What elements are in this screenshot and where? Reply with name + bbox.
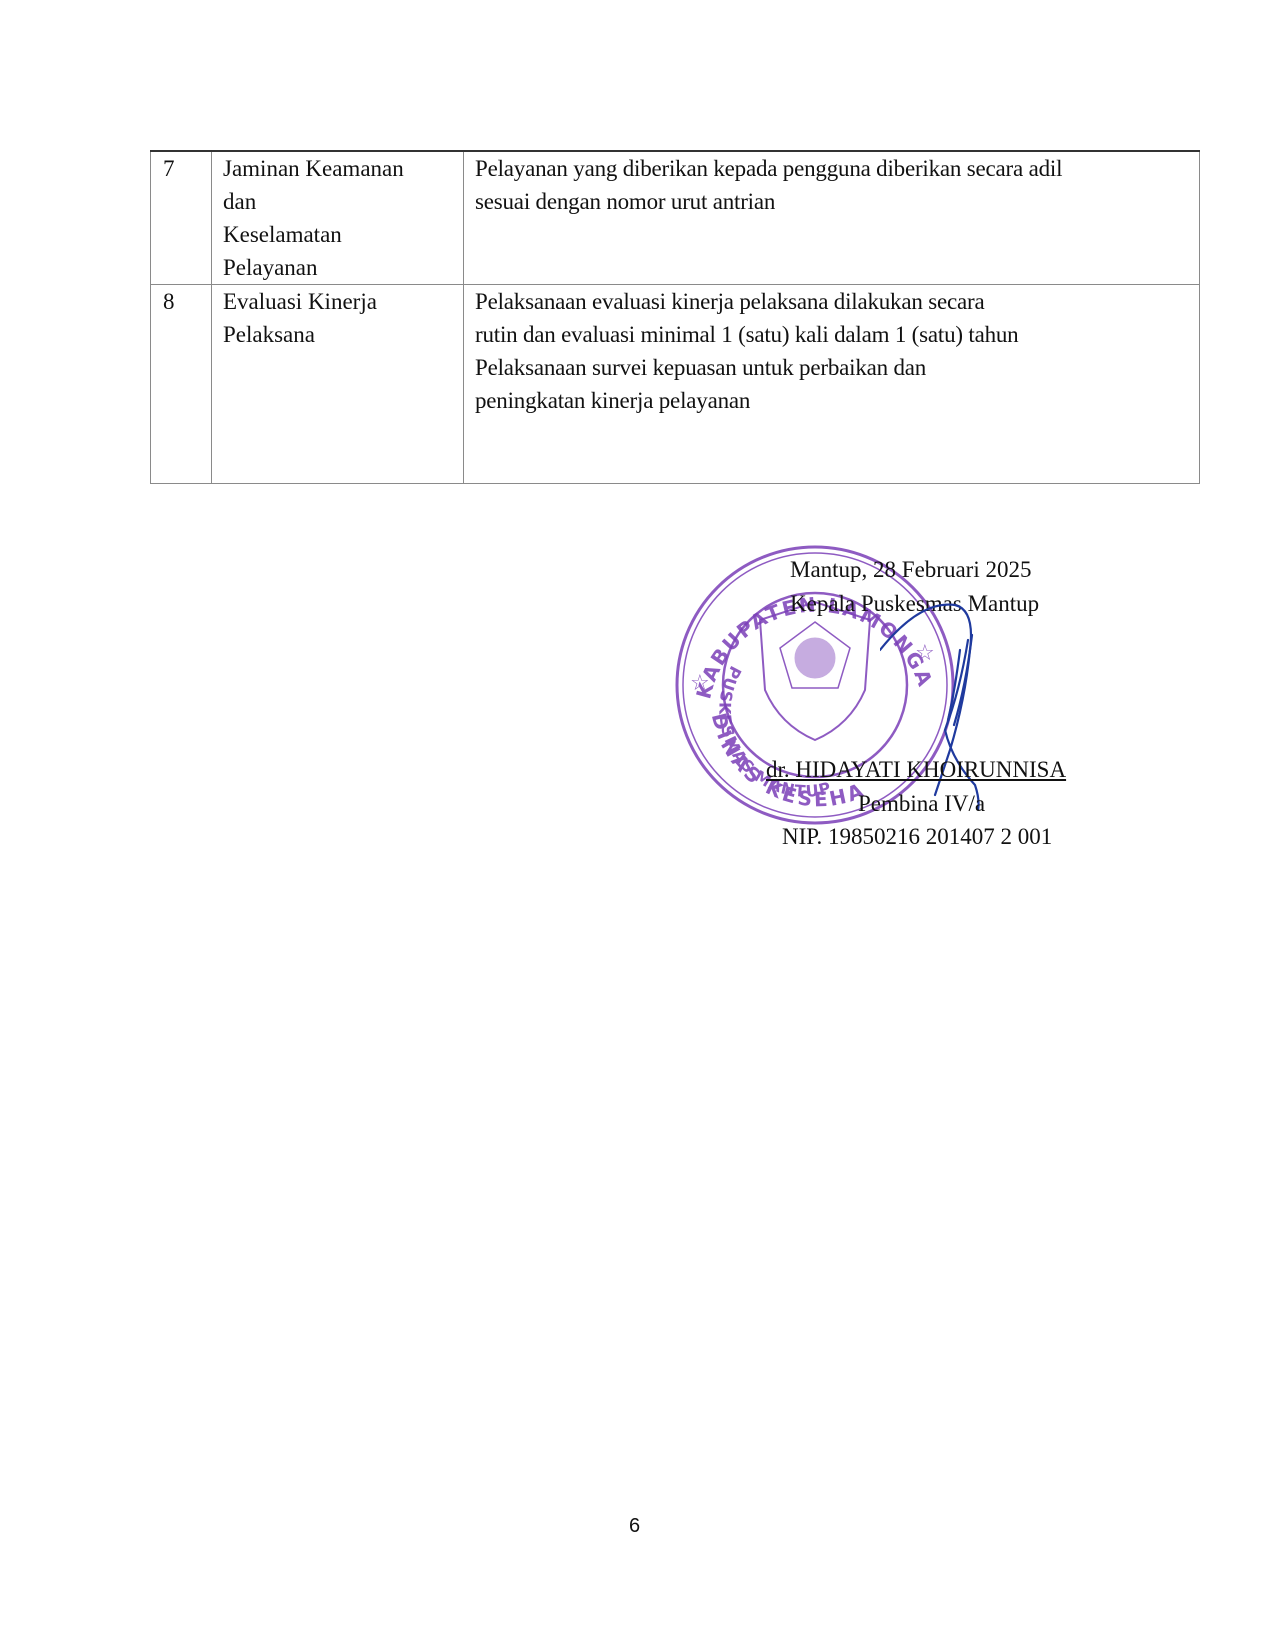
component-line: dan xyxy=(223,185,453,218)
description-line: sesuai dengan nomor urut antrian xyxy=(475,185,1189,218)
service-standard-table: 7 Jaminan Keamanan dan Keselamatan Pelay… xyxy=(150,150,1200,484)
table-row: 7 Jaminan Keamanan dan Keselamatan Pelay… xyxy=(151,151,1200,285)
description-cell: Pelayanan yang diberikan kepada pengguna… xyxy=(464,151,1200,285)
component-line: Pelaksana xyxy=(223,318,453,351)
table-row: 8 Evaluasi Kinerja Pelaksana Pelaksanaan… xyxy=(151,285,1200,484)
row-number: 7 xyxy=(151,151,212,285)
description-line: peningkatan kinerja pelayanan xyxy=(475,384,1189,417)
row-number: 8 xyxy=(151,285,212,484)
component-line: Evaluasi Kinerja xyxy=(223,285,453,318)
svg-text:☆: ☆ xyxy=(690,671,710,696)
component-line: Keselamatan xyxy=(223,218,453,251)
component-line: Pelayanan xyxy=(223,251,453,284)
signer-name: dr. HIDAYATI KHOIRUNNISA xyxy=(766,753,1066,786)
signer-rank: Pembina IV/a xyxy=(858,787,985,820)
place-date: Mantup, 28 Februari 2025 xyxy=(790,553,1031,586)
description-line: Pelaksanaan survei kepuasan untuk perbai… xyxy=(475,351,1189,384)
component-cell: Jaminan Keamanan dan Keselamatan Pelayan… xyxy=(212,151,464,285)
page-number: 6 xyxy=(629,1515,640,1538)
document-page: 7 Jaminan Keamanan dan Keselamatan Pelay… xyxy=(0,0,1275,1650)
description-cell: Pelaksanaan evaluasi kinerja pelaksana d… xyxy=(464,285,1200,484)
signer-nip: NIP. 19850216 201407 2 001 xyxy=(782,820,1052,853)
component-cell: Evaluasi Kinerja Pelaksana xyxy=(212,285,464,484)
description-line: Pelaksanaan evaluasi kinerja pelaksana d… xyxy=(475,285,1189,318)
description-line: rutin dan evaluasi minimal 1 (satu) kali… xyxy=(475,318,1189,351)
description-line: Pelayanan yang diberikan kepada pengguna… xyxy=(475,152,1189,185)
component-line: Jaminan Keamanan xyxy=(223,152,453,185)
